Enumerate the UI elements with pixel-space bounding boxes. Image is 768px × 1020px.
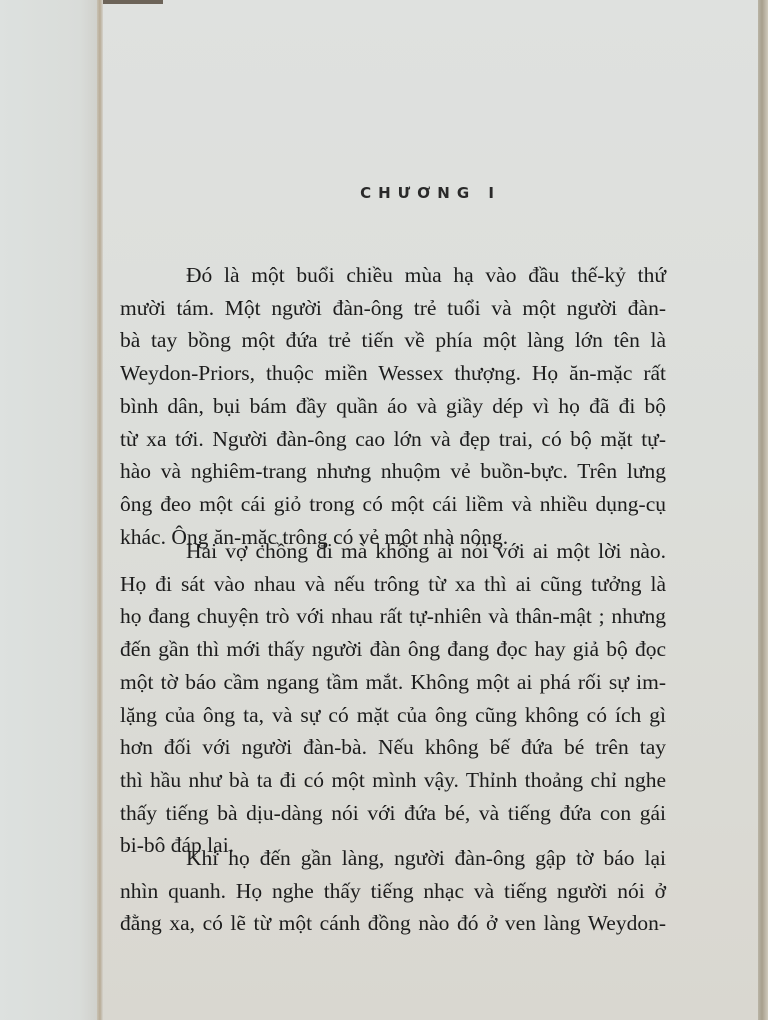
text-line: nhìn quanh. Họ nghe thấy tiếng nhạc và t…: [120, 875, 666, 908]
text-line: hào và nghiêm-trang nhưng nhuộm vẻ buồn-…: [120, 455, 666, 488]
text-line: một tờ báo cầm ngang tầm mắt. Không một …: [120, 666, 666, 699]
paragraph-1: Đó là một buổi chiều mùa hạ vào đầu thế-…: [120, 259, 666, 553]
page-top-shadow: [103, 0, 163, 4]
right-page-edge: [758, 0, 768, 1020]
chapter-title: CHƯƠNG I: [103, 184, 758, 202]
paragraph-2: Hai vợ chồng đi mà không ai nói với ai m…: [120, 535, 666, 862]
text-line: họ đang chuyện trò với nhau rất tự-nhiên…: [120, 600, 666, 633]
text-line: Hai vợ chồng đi mà không ai nói với ai m…: [120, 535, 666, 568]
text-line: bình dân, bụi bám đầy quần áo và giầy dé…: [120, 390, 666, 423]
text-line: thì hầu như bà ta đi có một mình vậy. Th…: [120, 764, 666, 797]
text-line: Đó là một buổi chiều mùa hạ vào đầu thế-…: [120, 259, 666, 292]
text-line: từ xa tới. Người đàn-ông cao lớn và đẹp …: [120, 423, 666, 456]
text-line: Họ đi sát vào nhau và nếu trông từ xa th…: [120, 568, 666, 601]
text-line: lặng của ông ta, và sự có mặt của ông cũ…: [120, 699, 666, 732]
text-line: đến gần thì mới thấy người đàn ông đang …: [120, 633, 666, 666]
text-line: đằng xa, có lẽ từ một cánh đồng nào đó ở…: [120, 907, 666, 940]
text-line: thấy tiếng bà dịu-dàng nói với đứa bé, v…: [120, 797, 666, 830]
text-line: mười tám. Một người đàn-ông trẻ tuổi và …: [120, 292, 666, 325]
text-line: hơn đối với người đàn-bà. Nếu không bế đ…: [120, 731, 666, 764]
text-line: ông đeo một cái giỏ trong có một cái liề…: [120, 488, 666, 521]
text-line: Khi họ đến gần làng, người đàn-ông gập t…: [120, 842, 666, 875]
left-page-edge: [0, 0, 100, 1020]
paragraph-3: Khi họ đến gần làng, người đàn-ông gập t…: [120, 842, 666, 940]
text-line: bà tay bồng một đứa trẻ tiến về phía một…: [120, 324, 666, 357]
text-line: Weydon-Priors, thuộc miền Wessex thượng.…: [120, 357, 666, 390]
